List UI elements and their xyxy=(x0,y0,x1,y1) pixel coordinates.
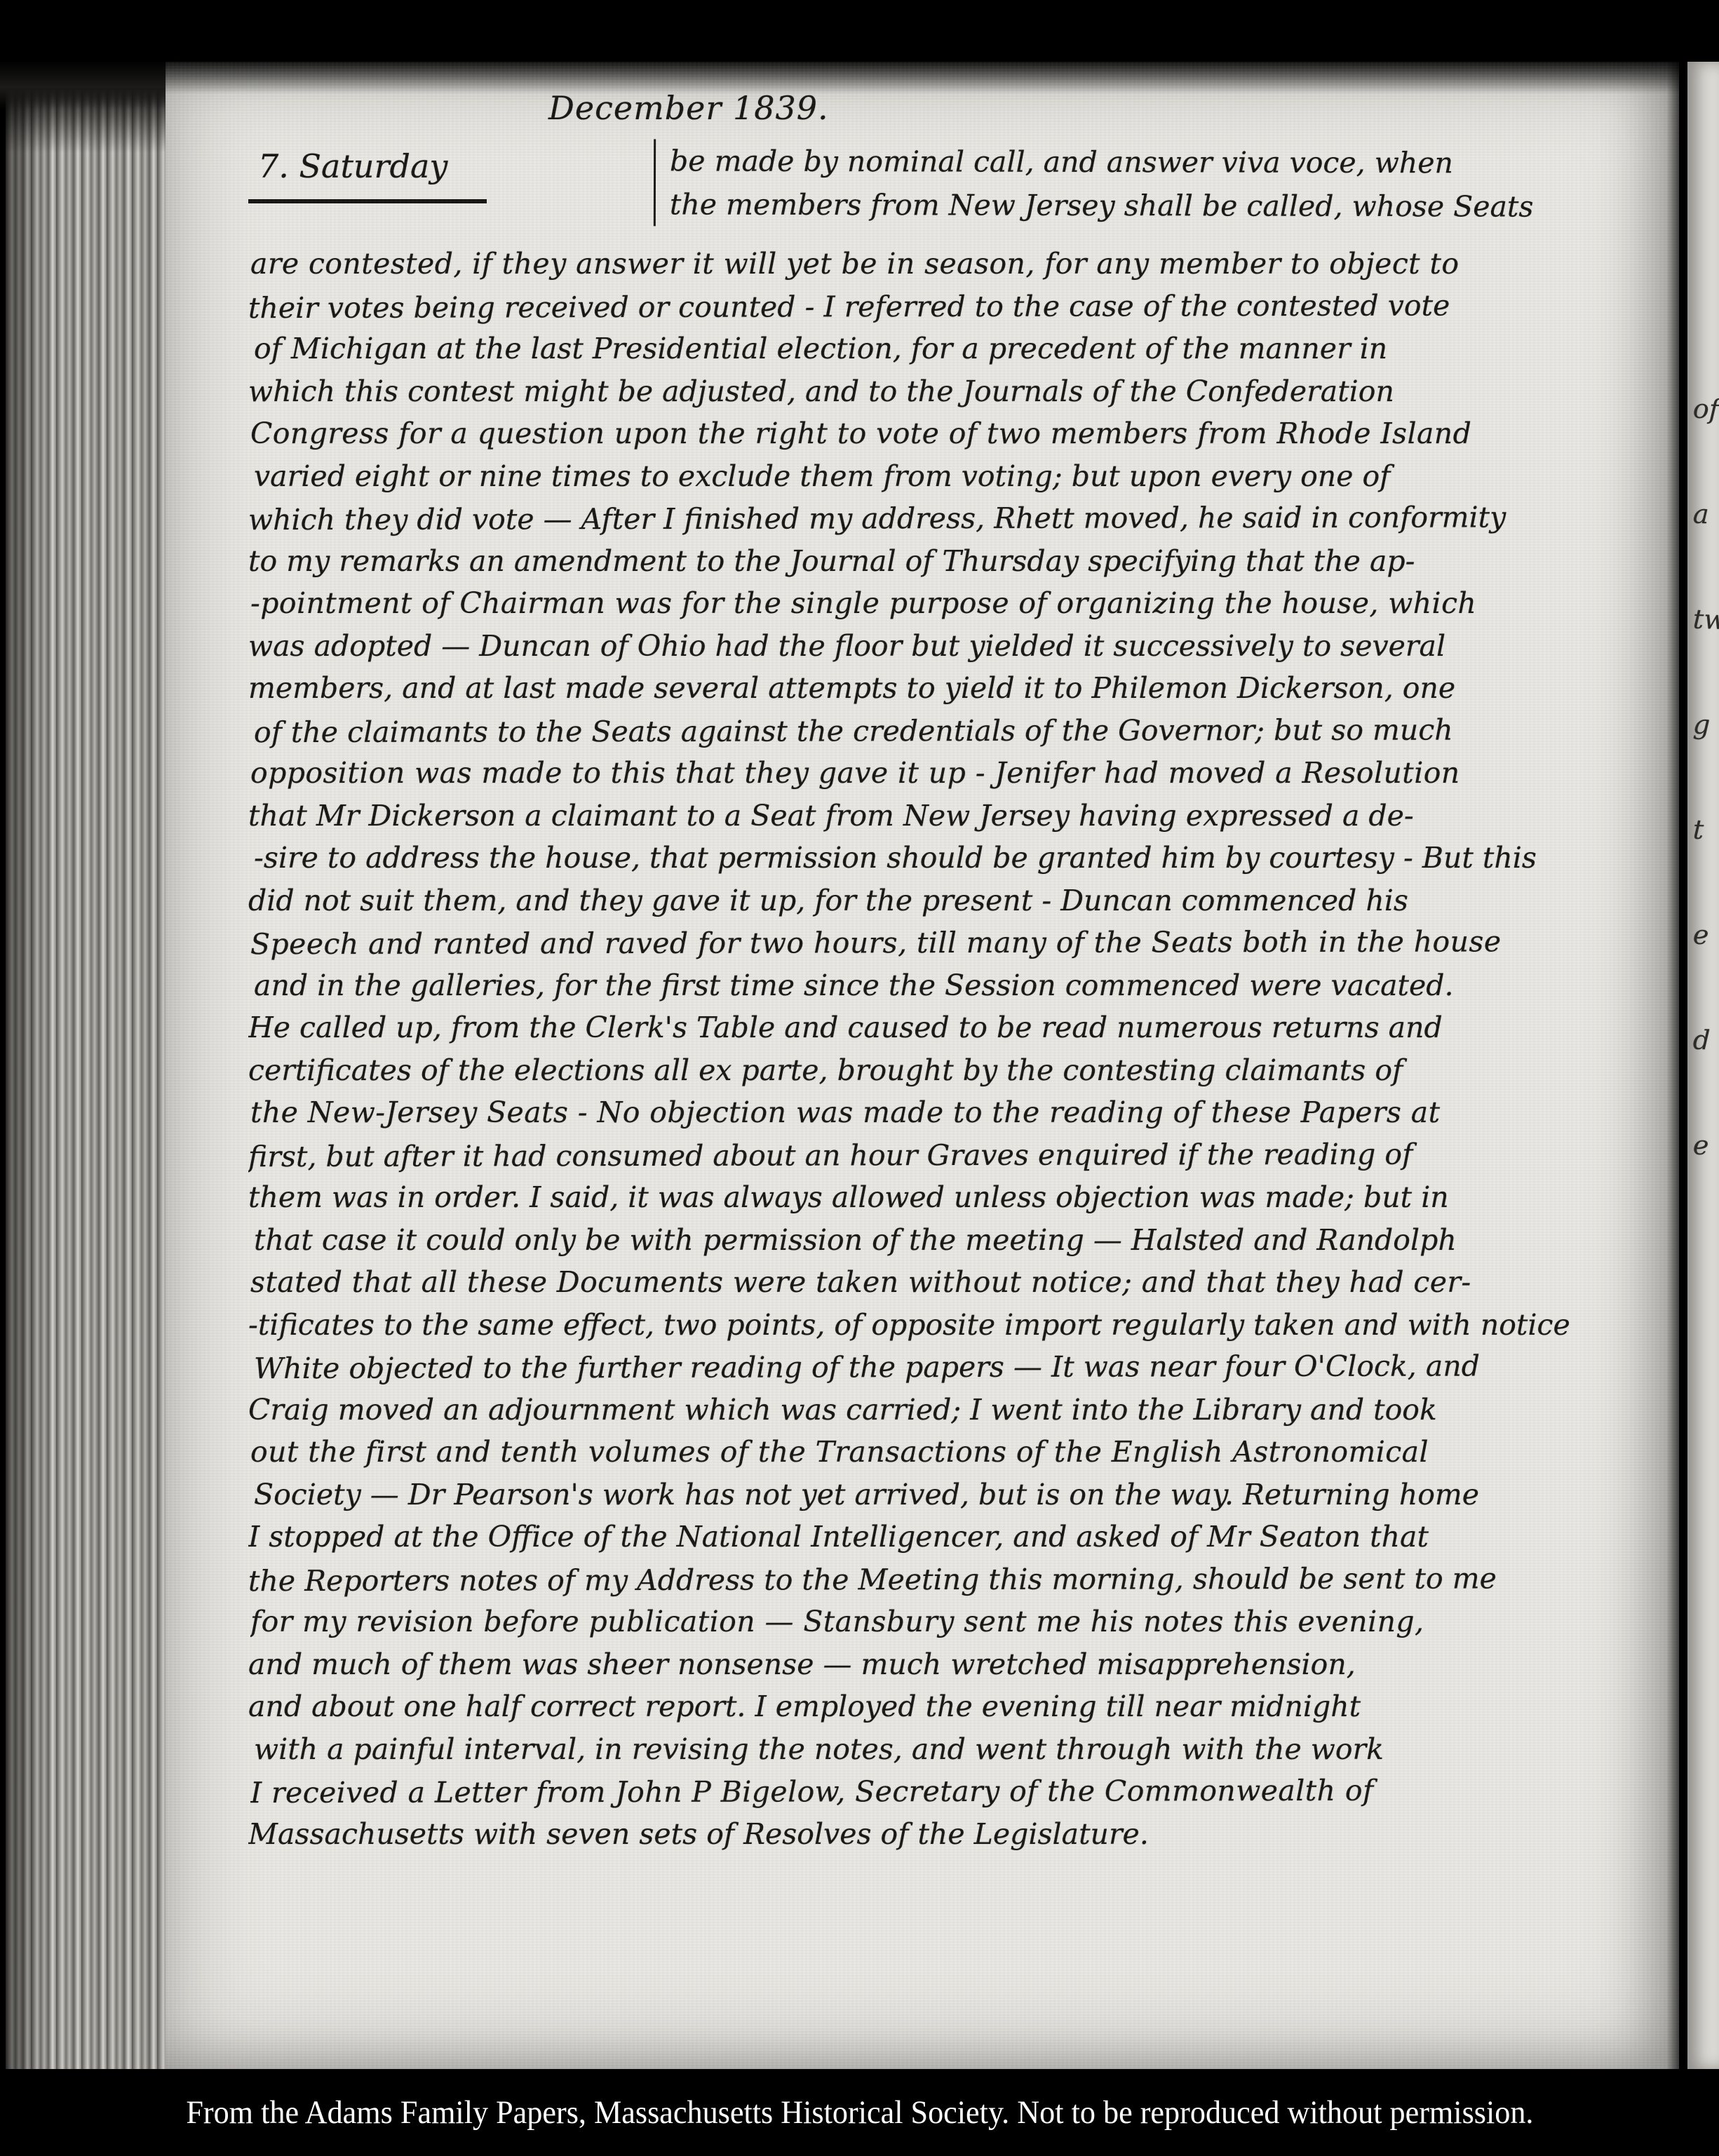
entry-month-heading: December 1839. xyxy=(548,86,829,130)
handwritten-line: members, and at last made several attemp… xyxy=(248,667,1669,710)
handwritten-line: first, but after it had consumed about a… xyxy=(248,1132,1669,1178)
handwritten-line: and in the galleries, for the first time… xyxy=(254,964,1669,1007)
facing-page-text-fragment: e xyxy=(1687,1092,1719,1198)
archive-caption: From the Adams Family Papers, Massachuse… xyxy=(186,2094,1533,2131)
handwritten-line: them was in order. I said, it was always… xyxy=(248,1176,1669,1219)
book-page-edges xyxy=(6,90,166,2069)
handwritten-line: which they did vote — After I finished m… xyxy=(248,496,1669,541)
handwritten-line: He called up, from the Clerk's Table and… xyxy=(248,1006,1669,1049)
handwritten-line: out the first and tenth volumes of the T… xyxy=(250,1431,1669,1474)
handwritten-line: -pointment of Chairman was for the singl… xyxy=(250,582,1669,625)
handwritten-line: White objected to the further reading of… xyxy=(254,1345,1669,1390)
handwritten-line: to my remarks an amendment to the Journa… xyxy=(248,540,1669,583)
handwritten-line: of Michigan at the last Presidential ele… xyxy=(254,328,1669,370)
handwritten-line: I received a Letter from John P Bigelow,… xyxy=(250,1769,1669,1814)
facing-page-text-fragment: d xyxy=(1687,987,1719,1093)
handwritten-line: I stopped at the Office of the National … xyxy=(248,1516,1669,1558)
handwritten-line: are contested, if they answer it will ye… xyxy=(250,243,1669,285)
facing-page-text-fragment: tw xyxy=(1687,566,1719,672)
handwritten-line: that Mr Dickerson a claimant to a Seat f… xyxy=(248,795,1669,837)
facing-page-sliver: ofatwgtede xyxy=(1687,62,1719,2069)
handwritten-line: Massachusetts with seven sets of Resolve… xyxy=(248,1813,1669,1856)
handwritten-line: certificates of the elections all ex par… xyxy=(248,1049,1669,1092)
handwritten-line: Society — Dr Pearson's work has not yet … xyxy=(254,1474,1669,1516)
caption-band: From the Adams Family Papers, Massachuse… xyxy=(0,2069,1719,2156)
handwritten-line: -sire to address the house, that permiss… xyxy=(254,837,1669,880)
handwritten-line: did not suit them, and they gave it up, … xyxy=(248,880,1669,922)
facing-page-text-fragment: t xyxy=(1687,776,1719,882)
handwritten-line: Speech and ranted and raved for two hour… xyxy=(250,920,1669,966)
handwritten-line: that case it could only be with permissi… xyxy=(254,1219,1669,1262)
diary-scan-photo: December 1839. 7. Saturday be made by no… xyxy=(0,0,1719,2156)
facing-page-text-fragment: g xyxy=(1687,671,1719,777)
handwritten-line: be made by nominal call, and answer viva… xyxy=(670,139,1534,184)
handwritten-line: varied eight or nine times to exclude th… xyxy=(254,455,1669,498)
diary-page: December 1839. 7. Saturday be made by no… xyxy=(166,62,1679,2069)
handwritten-line: the members from New Jersey shall be cal… xyxy=(670,182,1534,228)
handwritten-line: opposition was made to this that they ga… xyxy=(250,752,1669,795)
book-gutter-shadow xyxy=(1666,62,1687,2069)
handwritten-line: Congress for a question upon the right t… xyxy=(250,412,1669,455)
facing-page-fragments: ofatwgtede xyxy=(1687,356,1719,1198)
handwritten-line: the Reporters notes of my Address to the… xyxy=(248,1556,1669,1602)
entry-opening-lines: be made by nominal call, and answer viva… xyxy=(654,139,1534,228)
handwritten-line: the New-Jersey Seats - No objection was … xyxy=(250,1091,1669,1134)
entry-date-column: 7. Saturday xyxy=(248,140,654,227)
handwritten-line: their votes being received or counted - … xyxy=(248,283,1669,329)
facing-page-text-fragment: e xyxy=(1687,882,1719,988)
entry-date-label: 7. Saturday xyxy=(248,140,487,203)
facing-page-text-fragment: a xyxy=(1687,461,1719,567)
entry-head: 7. Saturday be made by nominal call, and… xyxy=(248,140,1669,227)
handwritten-line: with a painful interval, in revising the… xyxy=(254,1728,1669,1771)
facing-page-text-fragment: of xyxy=(1687,356,1719,461)
handwritten-line: -tificates to the same effect, two point… xyxy=(248,1304,1669,1347)
handwritten-line: which this contest might be adjusted, an… xyxy=(248,370,1669,413)
handwritten-line: of the claimants to the Seats against th… xyxy=(254,708,1669,753)
handwritten-line: and about one half correct report. I emp… xyxy=(248,1685,1669,1728)
handwritten-line: stated that all these Documents were tak… xyxy=(250,1261,1669,1304)
handwritten-line: for my revision before publication — Sta… xyxy=(250,1601,1669,1643)
handwritten-line: was adopted — Duncan of Ohio had the flo… xyxy=(248,625,1669,668)
handwritten-line: Craig moved an adjournment which was car… xyxy=(248,1389,1669,1431)
handwritten-line: and much of them was sheer nonsense — mu… xyxy=(248,1643,1669,1686)
entry-body: are contested, if they answer it will ye… xyxy=(248,243,1669,1855)
